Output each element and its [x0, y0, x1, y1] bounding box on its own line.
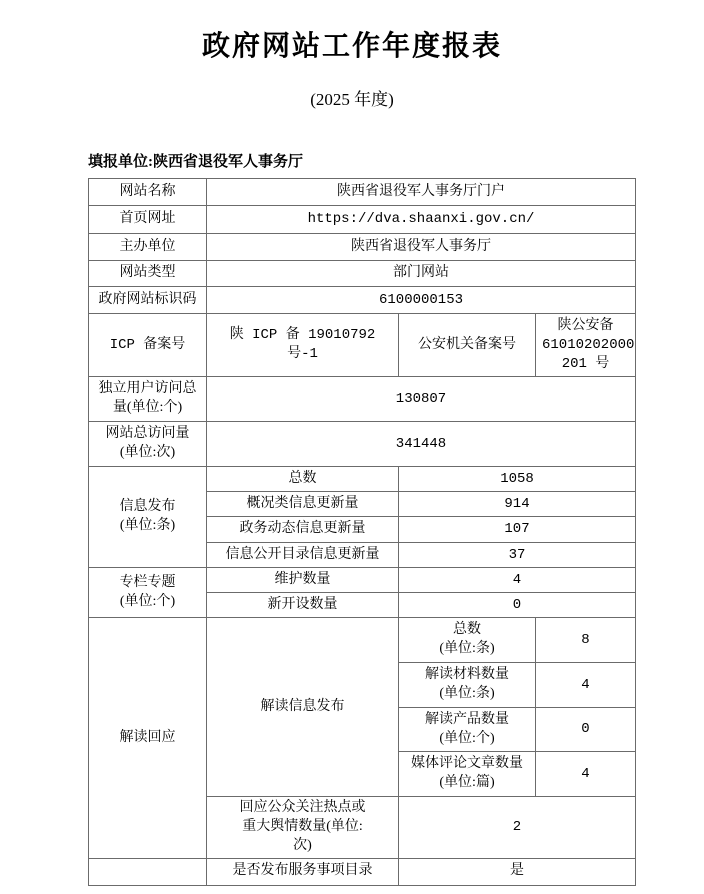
site-type-label: 网站类型: [89, 261, 207, 287]
table-row: 解读回应 解读信息发布 总数 (单位:条) 8: [89, 618, 636, 663]
site-name-value: 陕西省退役军人事务厅门户: [207, 179, 636, 206]
gov-news-update-value: 107: [399, 517, 636, 543]
public-response-value: 2: [399, 797, 636, 859]
host-unit-value: 陕西省退役军人事务厅: [207, 234, 636, 261]
interp-total-value: 8: [536, 618, 636, 663]
table-row: 信息发布 (单位:条) 总数 1058: [89, 467, 636, 492]
table-row: 首页网址 https://dva.shaanxi.gov.cn/: [89, 206, 636, 234]
table-row: 主办单位 陕西省退役军人事务厅: [89, 234, 636, 261]
info-publish-label: 信息发布 (单位:条): [89, 467, 207, 568]
site-id-label: 政府网站标识码: [89, 287, 207, 314]
public-response-label: 回应公众关注热点或 重大舆情数量(单位: 次): [207, 797, 399, 859]
unique-visitors-value: 130807: [207, 377, 636, 422]
total-visits-value: 341448: [207, 422, 636, 467]
overview-update-value: 914: [399, 492, 636, 517]
interpretation-publish-label: 解读信息发布: [207, 618, 399, 797]
page-title: 政府网站工作年度报表: [0, 0, 704, 64]
host-unit-label: 主办单位: [89, 234, 207, 261]
table-row: 独立用户访问总 量(单位:个) 130807: [89, 377, 636, 422]
info-publish-total-value: 1058: [399, 467, 636, 492]
maintained-count-label: 维护数量: [207, 568, 399, 593]
empty-cell: [89, 858, 207, 885]
unique-visitors-label: 独立用户访问总 量(单位:个): [89, 377, 207, 422]
police-record-label: 公安机关备案号: [399, 314, 536, 377]
annual-report-table: 网站名称 陕西省退役军人事务厅门户 首页网址 https://dva.shaan…: [88, 178, 636, 886]
report-unit-line: 填报单位:陕西省退役军人事务厅: [88, 153, 704, 172]
total-visits-label: 网站总访问量 (单位:次): [89, 422, 207, 467]
interpretation-label: 解读回应: [89, 618, 207, 859]
service-catalog-value: 是: [399, 858, 636, 885]
overview-update-label: 概况类信息更新量: [207, 492, 399, 517]
interp-total-label: 总数 (单位:条): [399, 618, 536, 663]
service-catalog-label: 是否发布服务事项目录: [207, 858, 399, 885]
home-url-label: 首页网址: [89, 206, 207, 234]
media-comment-label: 媒体评论文章数量 (单位:篇): [399, 752, 536, 797]
report-page: 政府网站工作年度报表 (2025 年度) 填报单位:陕西省退役军人事务厅 网站名…: [0, 0, 704, 894]
icp-value: 陕 ICP 备 19010792 号-1: [207, 314, 399, 377]
maintained-count-value: 4: [399, 568, 636, 593]
interp-product-value: 0: [536, 708, 636, 752]
site-type-value: 部门网站: [207, 261, 636, 287]
table-row: 网站名称 陕西省退役军人事务厅门户: [89, 179, 636, 206]
gov-news-update-label: 政务动态信息更新量: [207, 517, 399, 543]
icp-label: ICP 备案号: [89, 314, 207, 377]
table-row: 政府网站标识码 6100000153: [89, 287, 636, 314]
site-id-value: 6100000153: [207, 287, 636, 314]
interp-material-value: 4: [536, 663, 636, 708]
table-row: 专栏专题 (单位:个) 维护数量 4: [89, 568, 636, 593]
new-count-label: 新开设数量: [207, 593, 399, 618]
interp-product-label: 解读产品数量 (单位:个): [399, 708, 536, 752]
info-publish-total-label: 总数: [207, 467, 399, 492]
open-catalog-update-value: 37: [399, 543, 636, 568]
site-name-label: 网站名称: [89, 179, 207, 206]
new-count-value: 0: [399, 593, 636, 618]
table-row: 网站类型 部门网站: [89, 261, 636, 287]
police-record-value: 陕公安备 61010202000 201 号: [536, 314, 636, 377]
media-comment-value: 4: [536, 752, 636, 797]
special-columns-label: 专栏专题 (单位:个): [89, 568, 207, 618]
page-subtitle: (2025 年度): [0, 89, 704, 111]
home-url-value: https://dva.shaanxi.gov.cn/: [207, 206, 636, 234]
table-row: 网站总访问量 (单位:次) 341448: [89, 422, 636, 467]
table-row: ICP 备案号 陕 ICP 备 19010792 号-1 公安机关备案号 陕公安…: [89, 314, 636, 377]
open-catalog-update-label: 信息公开目录信息更新量: [207, 543, 399, 568]
table-row: 是否发布服务事项目录 是: [89, 858, 636, 885]
interp-material-label: 解读材料数量 (单位:条): [399, 663, 536, 708]
